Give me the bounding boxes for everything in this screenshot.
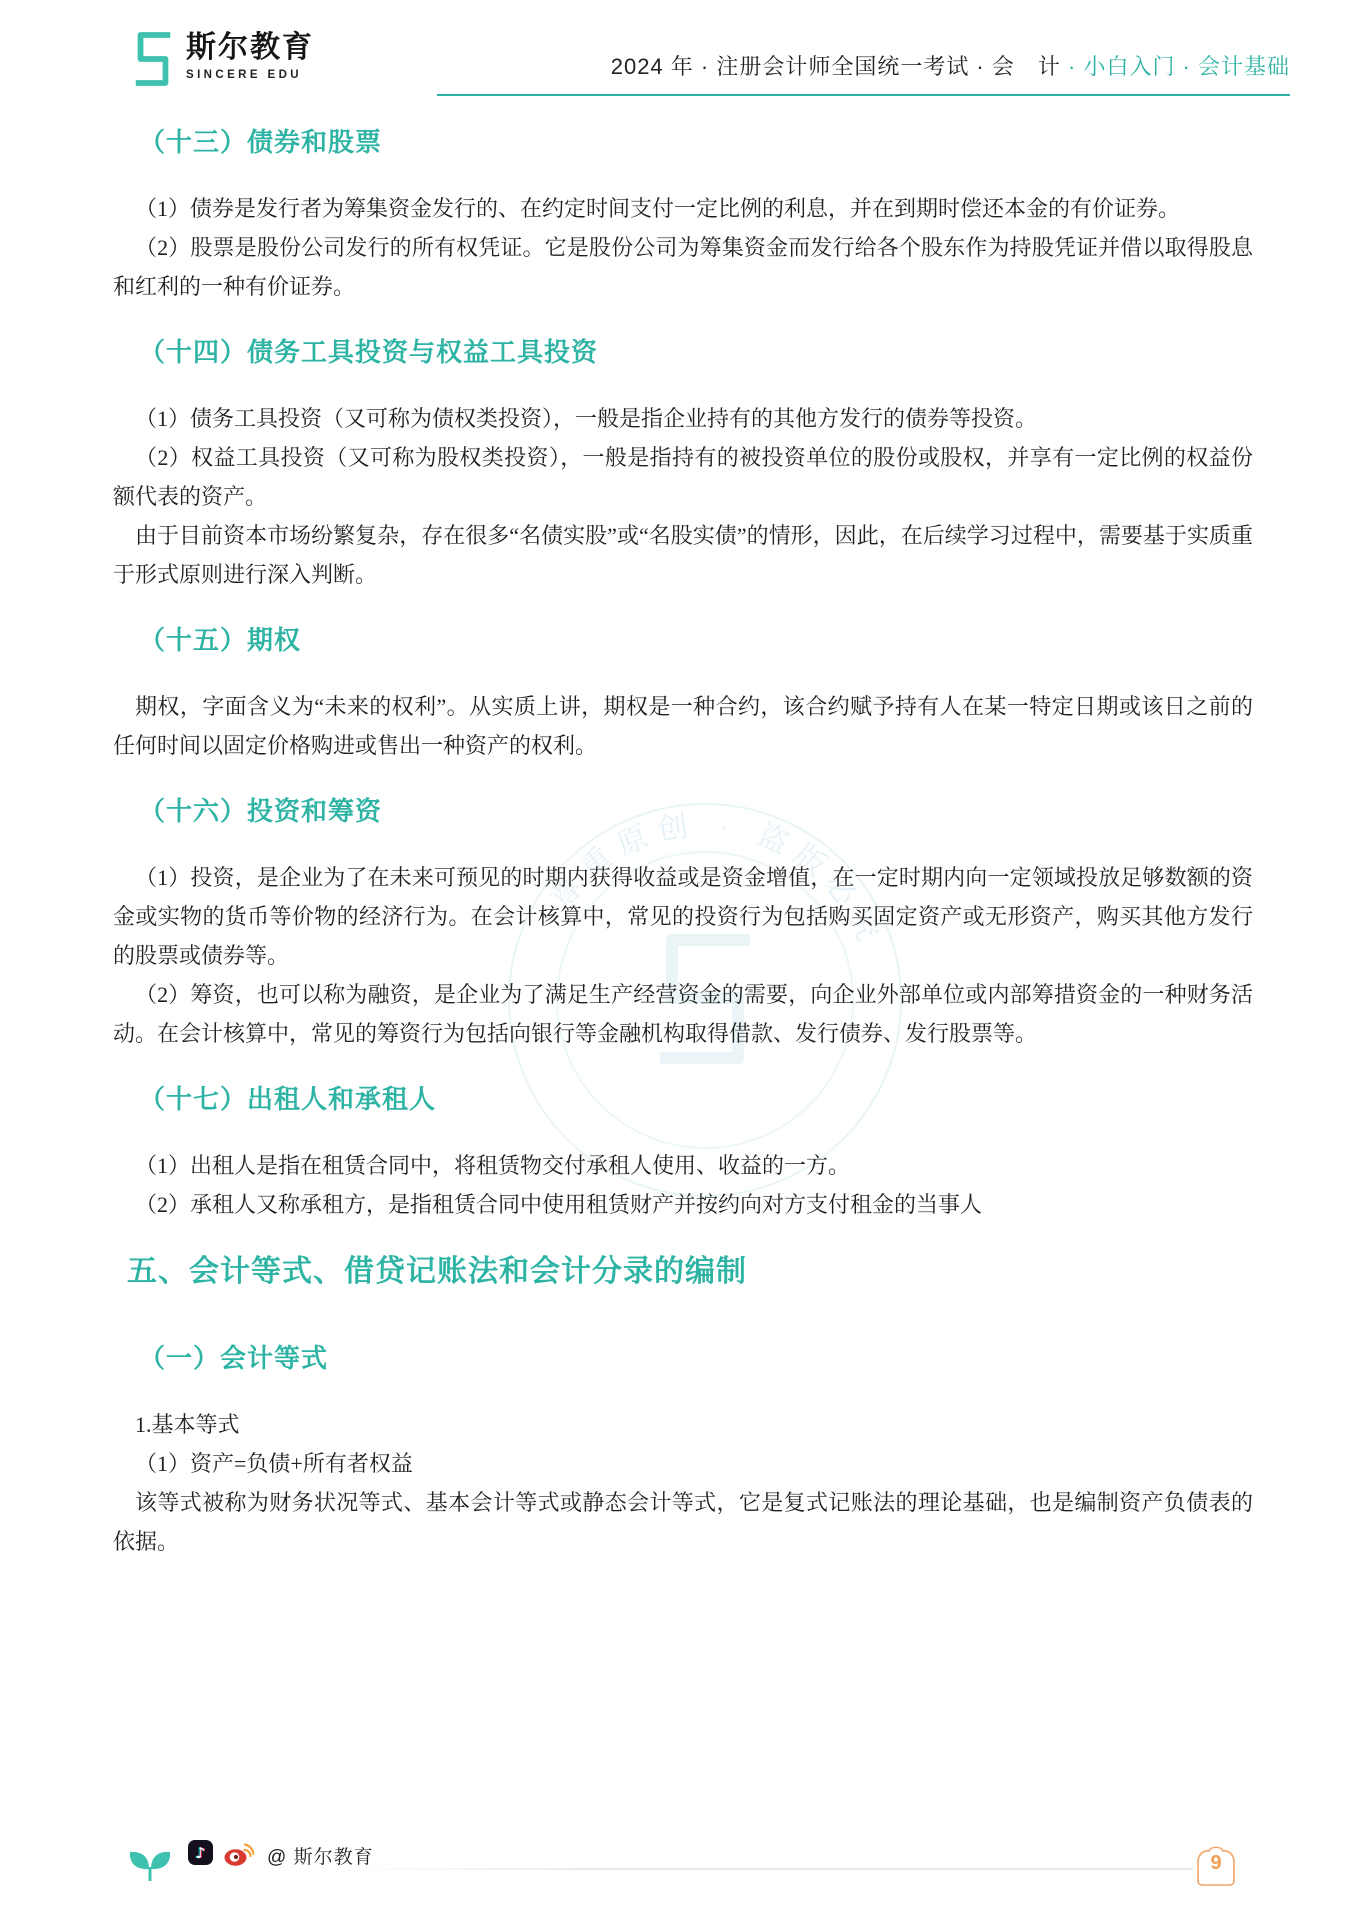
page-header: 斯尔教育 SINCERE EDU 2024 年 · 注册会计师全国统一考试 · … bbox=[0, 0, 1366, 96]
section-bonds-and-stocks: （十三）债券和股票 （1）债券是发行者为筹集资金发行的、在约定时间支付一定比例的… bbox=[113, 123, 1253, 306]
paragraph: 1.基本等式 bbox=[113, 1405, 1253, 1444]
brand-logo: 斯尔教育 SINCERE EDU bbox=[130, 30, 314, 93]
page-number-badge: 9 bbox=[1193, 1842, 1239, 1886]
chapter-heading-accounting-equation: 五、会计等式、借贷记账法和会计分录的编制 bbox=[127, 1251, 1253, 1293]
paragraph: （2）筹资，也可以称为融资，是企业为了满足生产经营资金的需要，向企业外部单位或内… bbox=[113, 975, 1253, 1053]
section-heading: （一）会计等式 bbox=[139, 1339, 1253, 1378]
brand-name-cn: 斯尔教育 bbox=[186, 30, 314, 66]
sincere-s-logo-icon bbox=[130, 30, 176, 93]
section-heading: （十六）投资和筹资 bbox=[139, 792, 1253, 831]
page-footer: ♪ @ 斯尔教育 9 bbox=[80, 1838, 1300, 1896]
brand-name-en: SINCERE EDU bbox=[186, 69, 314, 81]
document-body: （十三）债券和股票 （1）债券是发行者为筹集资金发行的、在约定时间支付一定比例的… bbox=[113, 96, 1253, 1561]
header-divider bbox=[437, 94, 1290, 96]
section-heading: （十三）债券和股票 bbox=[139, 123, 1253, 162]
section-heading: （十四）债务工具投资与权益工具投资 bbox=[139, 333, 1253, 372]
header-title-main: 2024 年 · 注册会计师全国统一考试 · 会 计 bbox=[611, 54, 1068, 79]
page-number: 9 bbox=[1193, 1852, 1239, 1875]
paragraph: （1）投资，是企业为了在未来可预见的时期内获得收益或是资金增值，在一定时期内向一… bbox=[113, 858, 1253, 975]
section-heading: （十五）期权 bbox=[139, 621, 1253, 660]
paragraph: （1）债券是发行者为筹集资金发行的、在约定时间支付一定比例的利息，并在到期时偿还… bbox=[113, 189, 1253, 228]
paragraph: 由于目前资本市场纷繁复杂，存在很多“名债实股”或“名股实债”的情形，因此，在后续… bbox=[113, 516, 1253, 594]
document-header-title: 2024 年 · 注册会计师全国统一考试 · 会 计 · 小白入门 · 会计基础 bbox=[611, 52, 1290, 82]
paragraph: 该等式被称为财务状况等式、基本会计等式或静态会计等式，它是复式记账法的理论基础，… bbox=[113, 1483, 1253, 1561]
section-debt-and-equity-investments: （十四）债务工具投资与权益工具投资 （1）债务工具投资（又可称为债权类投资），一… bbox=[113, 333, 1253, 594]
paragraph: （2）承租人又称承租方，是指租赁合同中使用租赁财产并按约向对方支付租金的当事人 bbox=[113, 1185, 1253, 1224]
sprout-icon bbox=[128, 1841, 172, 1886]
section-lessor-and-lessee: （十七）出租人和承租人 （1）出租人是指在租赁合同中，将租赁物交付承租人使用、收… bbox=[113, 1080, 1253, 1224]
paragraph: 期权，字面含义为“未来的权利”。从实质上讲，期权是一种合约，该合约赋予持有人在某… bbox=[113, 687, 1253, 765]
paragraph: （1）出租人是指在租赁合同中，将租赁物交付承租人使用、收益的一方。 bbox=[113, 1146, 1253, 1185]
paragraph: （2）股票是股份公司发行的所有权凭证。它是股份公司为筹集资金而发行给各个股东作为… bbox=[113, 228, 1253, 306]
section-accounting-equation: （一）会计等式 1.基本等式 （1）资产=负债+所有者权益 该等式被称为财务状况… bbox=[113, 1339, 1253, 1561]
section-investment-and-financing: （十六）投资和筹资 （1）投资，是企业为了在未来可预见的时期内获得收益或是资金增… bbox=[113, 792, 1253, 1053]
weibo-icon bbox=[224, 1842, 254, 1871]
paragraph: （2）权益工具投资（又可称为股权类投资），一般是指持有的被投资单位的股份或股权，… bbox=[113, 438, 1253, 516]
social-handle: @ 斯尔教育 bbox=[267, 1842, 374, 1869]
paragraph: （1）资产=负债+所有者权益 bbox=[113, 1444, 1253, 1483]
section-options: （十五）期权 期权，字面含义为“未来的权利”。从实质上讲，期权是一种合约，该合约… bbox=[113, 621, 1253, 765]
footer-divider bbox=[345, 1868, 1193, 1870]
paragraph: （1）债务工具投资（又可称为债权类投资），一般是指企业持有的其他方发行的债券等投… bbox=[113, 399, 1253, 438]
header-title-accent: · 小白入门 · 会计基础 bbox=[1068, 54, 1290, 79]
tiktok-icon: ♪ bbox=[188, 1840, 213, 1865]
section-heading: （十七）出租人和承租人 bbox=[139, 1080, 1253, 1119]
